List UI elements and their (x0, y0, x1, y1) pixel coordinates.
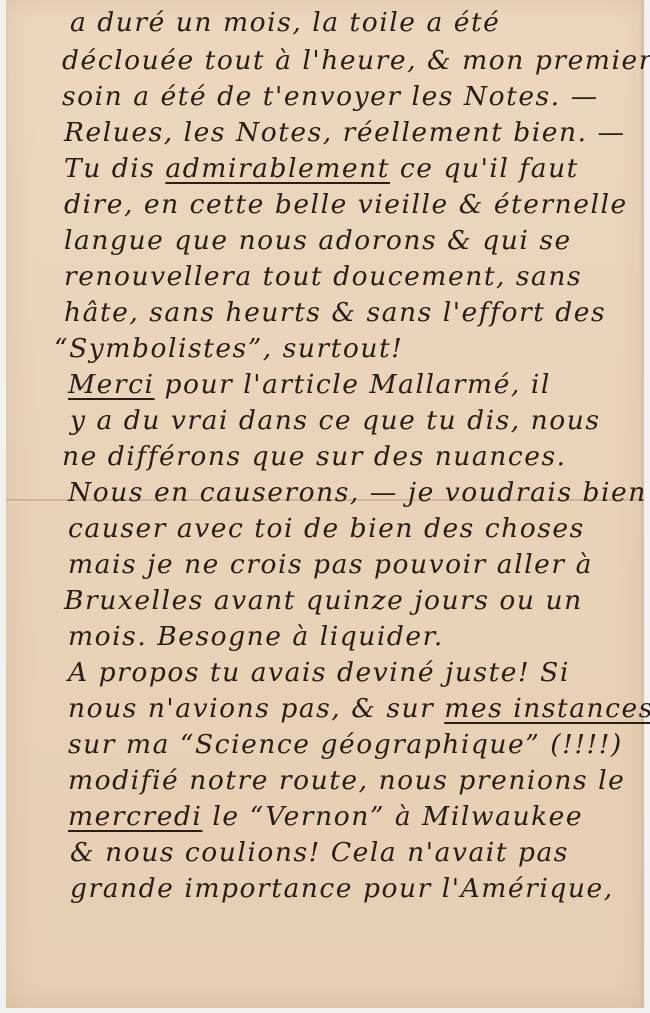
text-segment: ce qu'il faut (390, 154, 579, 184)
handwritten-line: Nous en causerons, — je voudrais bien (68, 478, 647, 508)
handwritten-line: nous n'avions pas, & sur mes instances, (68, 694, 650, 724)
handwritten-line: renouvellera tout doucement, sans (64, 262, 582, 292)
handwritten-line: Tu dis admirablement ce qu'il faut (64, 154, 579, 184)
handwritten-line: modifié notre route, nous prenions le (68, 766, 625, 796)
handwritten-line: “Symbolistes”, surtout! (54, 334, 403, 364)
handwritten-line: mois. Besogne à liquider. (68, 622, 444, 652)
handwritten-line: a duré un mois, la toile a été (70, 8, 500, 38)
handwritten-line: sur ma “Science géographique” (!!!!) (68, 730, 623, 760)
handwritten-line: Bruxelles avant quinze jours ou un (64, 586, 583, 616)
handwritten-line: Relues, les Notes, réellement bien. — (64, 118, 626, 148)
handwritten-line: & nous coulions! Cela n'avait pas (70, 838, 569, 868)
handwritten-line: y a du vrai dans ce que tu dis, nous (70, 406, 601, 436)
letter-page: a duré un mois, la toile a été déclouée … (6, 0, 644, 1008)
underlined-word: Merci (68, 370, 155, 400)
underlined-word: mercredi (68, 802, 202, 832)
handwritten-line: soin a été de t'envoyer les Notes. — (62, 82, 599, 112)
text-segment: le “Vernon” à Milwaukee (202, 802, 583, 832)
handwritten-line: mercredi le “Vernon” à Milwaukee (68, 802, 583, 832)
handwritten-line: causer avec toi de bien des choses (68, 514, 585, 544)
underlined-word: mes instances (444, 694, 650, 724)
handwritten-line: langue que nous adorons & qui se (64, 226, 572, 256)
handwritten-line: mais je ne crois pas pouvoir aller à (68, 550, 593, 580)
handwritten-line: ne différons que sur des nuances. (62, 442, 567, 472)
handwritten-line: hâte, sans heurts & sans l'effort des (64, 298, 606, 328)
handwritten-line: déclouée tout à l'heure, & mon premier (62, 46, 650, 76)
handwritten-line: dire, en cette belle vieille & éternelle (64, 190, 628, 220)
text-segment: pour l'article Mallarmé, il (155, 370, 551, 400)
underlined-word: admirablement (165, 154, 390, 184)
handwritten-line: Merci pour l'article Mallarmé, il (68, 370, 551, 400)
handwritten-line: grande importance pour l'Amérique, (70, 874, 614, 904)
text-segment: Tu dis (64, 154, 165, 184)
text-segment: nous n'avions pas, & sur (68, 694, 444, 724)
handwritten-line: A propos tu avais deviné juste! Si (68, 658, 570, 688)
